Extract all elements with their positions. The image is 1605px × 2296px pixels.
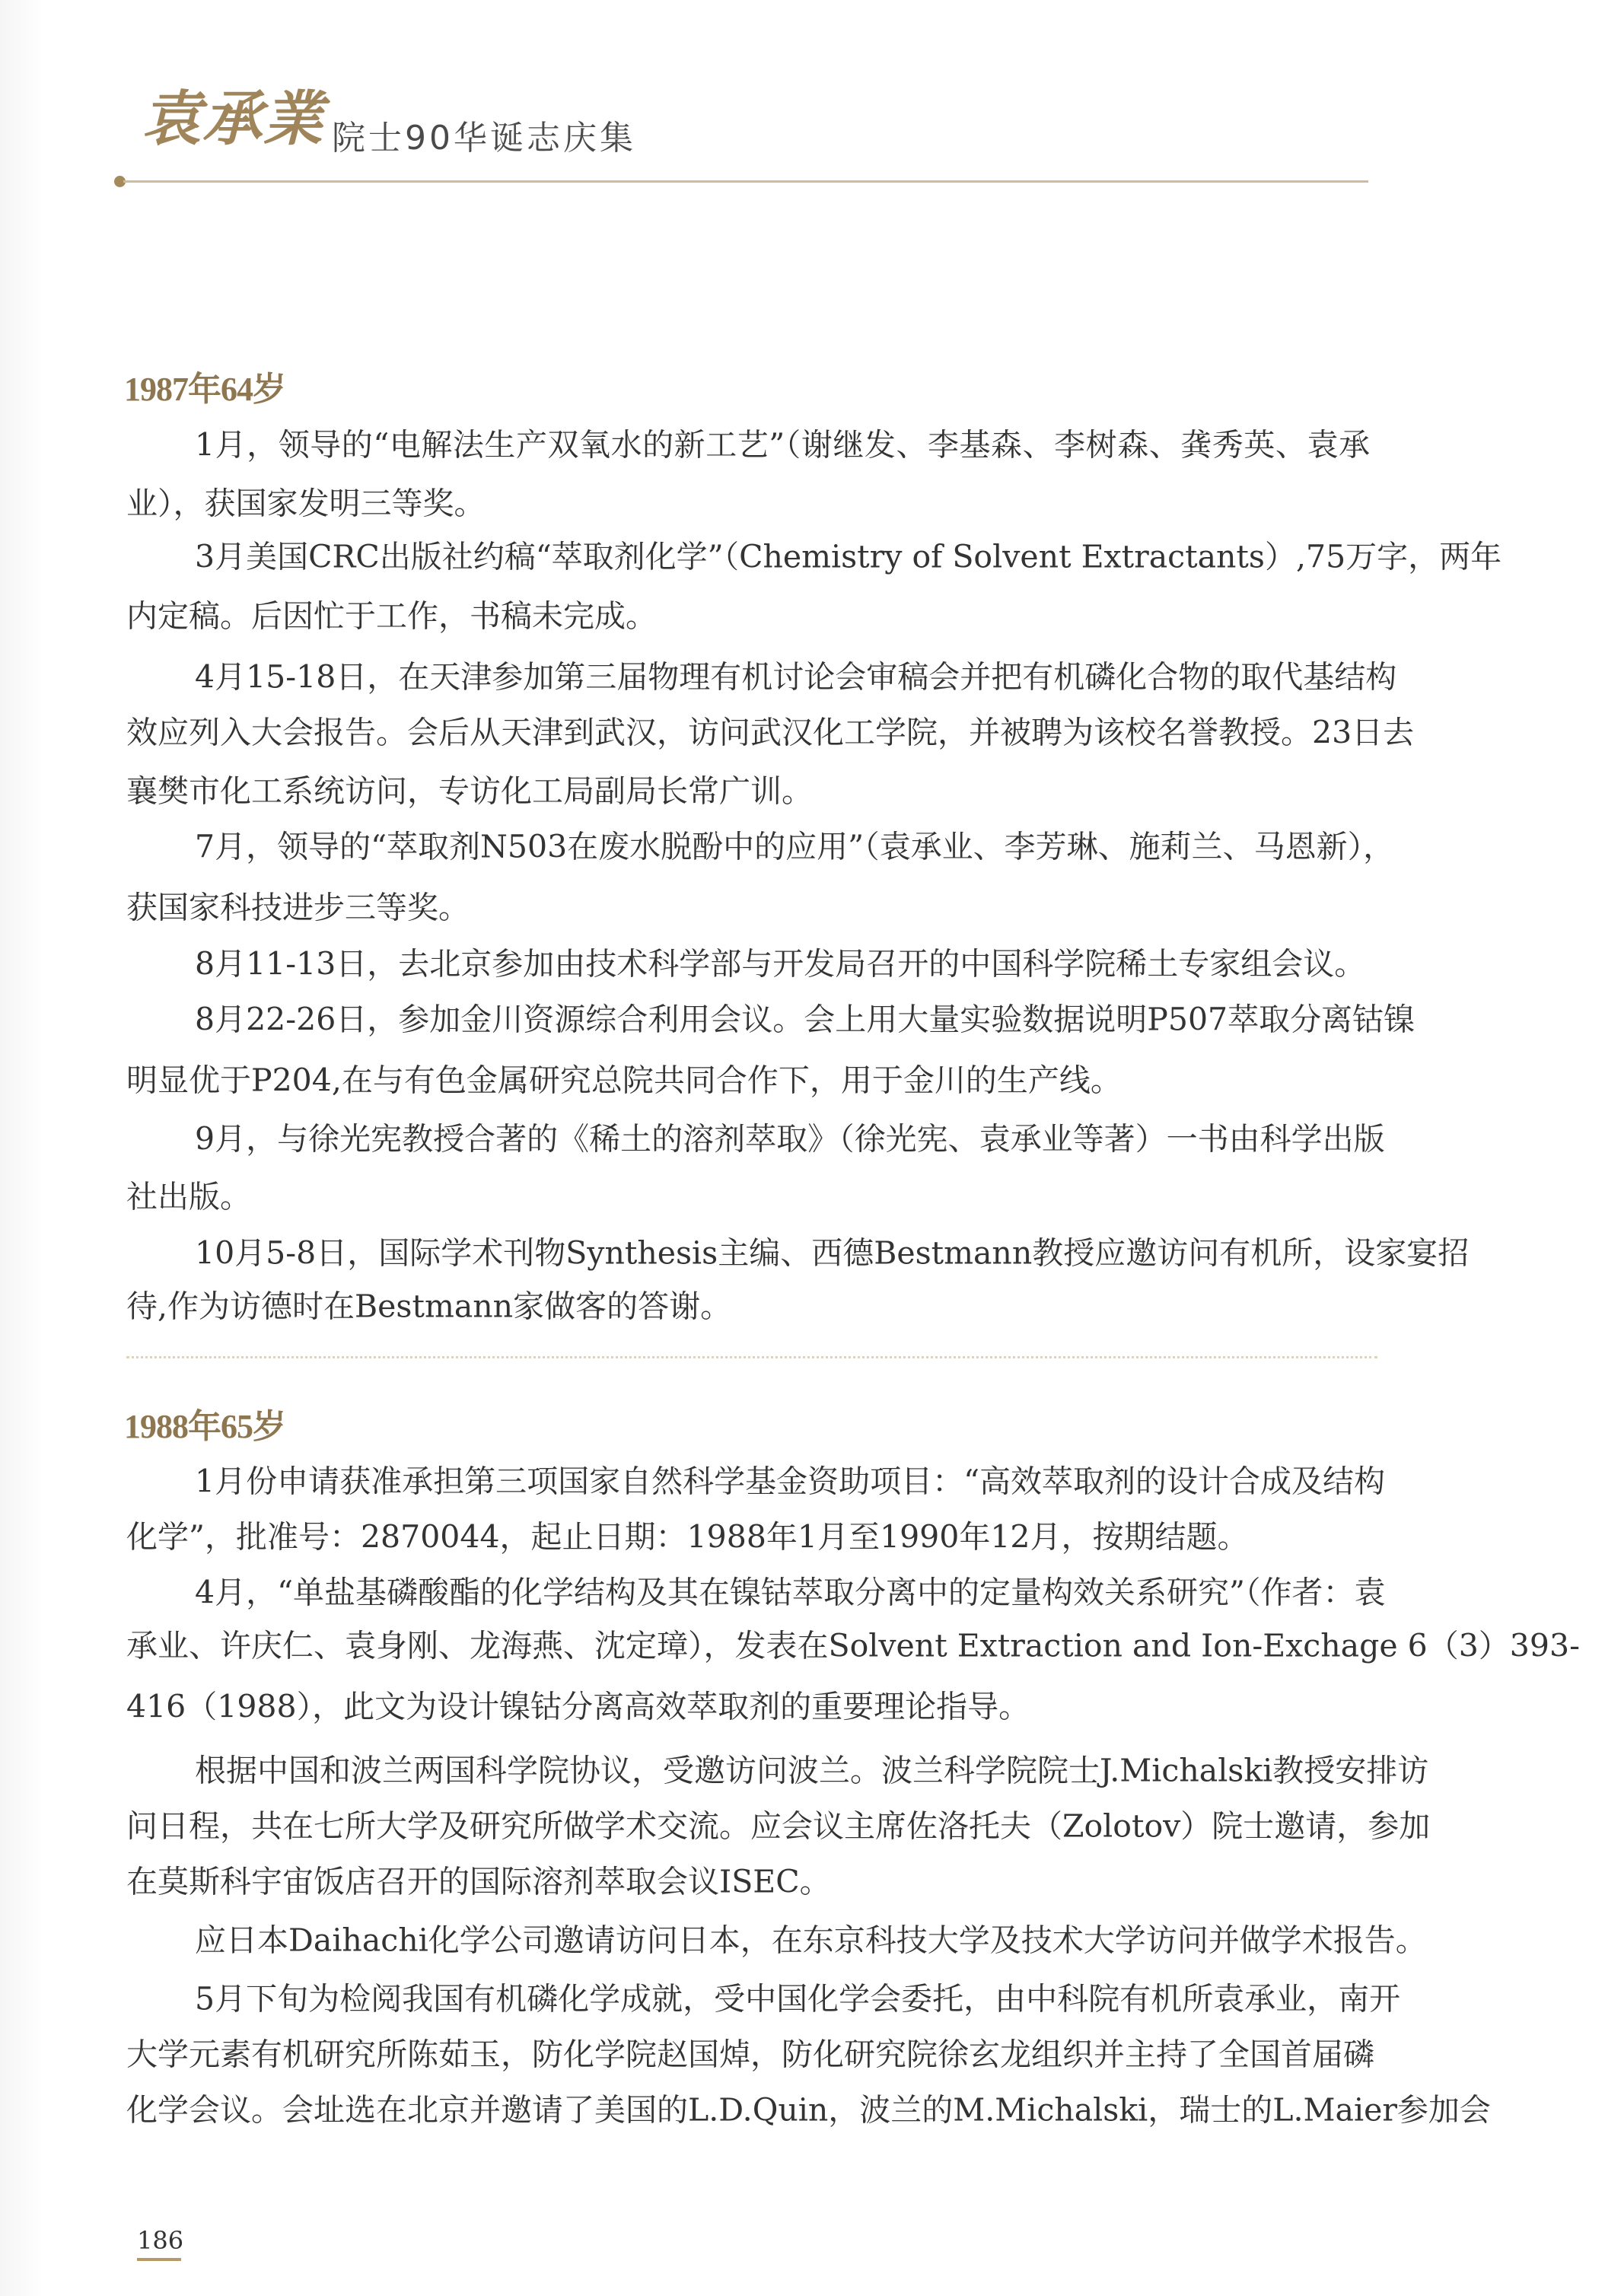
header-rule — [123, 180, 1368, 183]
paragraph-line: 内定稿。后因忙于工作，书稿未完成。 — [126, 601, 1370, 632]
paragraph-line: 4月，“单盐基磷酸酯的化学结构及其在镍钴萃取分离中的定量构效关系研究”（作者：袁 — [195, 1578, 1370, 1609]
paragraph-line: 3月美国CRC出版社约稿“萃取剂化学”（Chemistry of Solvent… — [195, 542, 1370, 573]
paragraph-line: 化学”，批准号：2870044，起止日期：1988年1月至1990年12月，按期… — [126, 1522, 1370, 1553]
paragraph-line: 8月11-13日，去北京参加由技术科学部与开发局召开的中国科学院稀土专家组会议。 — [195, 949, 1370, 980]
paragraph-line: 效应列入大会报告。会后从天津到武汉，访问武汉化工学院，并被聘为该校名誉教授。23… — [126, 718, 1370, 749]
paragraph-line: 根据中国和波兰两国科学院协议，受邀访问波兰。波兰科学院院士J.Michalski… — [195, 1756, 1370, 1787]
paragraph-line: 襄樊市化工系统访问，专访化工局副局长常广训。 — [126, 776, 1370, 807]
paragraph-line: 1月，领导的“电解法生产双氧水的新工艺”（谢继发、李基森、李树森、龚秀英、袁承 — [195, 430, 1370, 461]
page-number-underline — [137, 2258, 181, 2261]
paragraph-line: 明显优于P204,在与有色金属研究总院共同合作下，用于金川的生产线。 — [126, 1065, 1370, 1097]
paragraph-line: 416（1988），此文为设计镍钴分离高效萃取剂的重要理论指导。 — [126, 1692, 1370, 1723]
page-number: 186 — [137, 2228, 183, 2253]
paragraph-line: 问日程，共在七所大学及研究所做学术交流。应会议主席佐洛托夫（Zolotov）院士… — [126, 1811, 1370, 1842]
paragraph-line: 获国家科技进步三等奖。 — [126, 893, 1370, 924]
section-heading-1987: 1987年64岁 — [124, 373, 285, 406]
paragraph-line: 9月，与徐光宪教授合著的《稀土的溶剂萃取》（徐光宪、袁承业等著）一书由科学出版 — [195, 1124, 1370, 1155]
paragraph-line: 8月22-26日，参加金川资源综合利用会议。会上用大量实验数据说明P507萃取分… — [195, 1005, 1370, 1036]
header-subtitle: 院士90华诞志庆集 — [332, 122, 636, 155]
section-divider — [126, 1356, 1377, 1358]
paragraph-line: 大学元素有机研究所陈茹玉，防化学院赵国焯，防化研究院徐玄龙组织并主持了全国首届磷 — [126, 2040, 1370, 2071]
paragraph-line: 7月，领导的“萃取剂N503在废水脱酚中的应用”（袁承业、李芳琳、施莉兰、马恩新… — [195, 832, 1370, 863]
paragraph-line: 化学会议。会址选在北京并邀请了美国的L.D.Quin，波兰的M.Michalsk… — [126, 2095, 1370, 2126]
paragraph-line: 社出版。 — [126, 1182, 1370, 1213]
paragraph-line: 在莫斯科宇宙饭店召开的国际溶剂萃取会议ISEC。 — [126, 1867, 1370, 1898]
paragraph-line: 待,作为访德时在Bestmann家做客的答谢。 — [126, 1291, 1370, 1323]
page-edge-shadow — [0, 0, 46, 2296]
paragraph-line: 5月下旬为检阅我国有机磷化学成就，受中国化学会委托，由中科院有机所袁承业，南开 — [195, 1984, 1370, 2015]
section-heading-1988: 1988年65岁 — [124, 1410, 285, 1444]
header-brand-calligraphy: 袁承業 — [142, 90, 324, 149]
paragraph-line: 应日本Daihachi化学公司邀请访问日本，在东京科技大学及技术大学访问并做学术… — [195, 1925, 1370, 1957]
paragraph-line: 4月15-18日，在天津参加第三届物理有机讨论会审稿会并把有机磷化合物的取代基结… — [195, 662, 1370, 693]
paragraph-line: 承业、许庆仁、袁身刚、龙海燕、沈定璋），发表在Solvent Extractio… — [126, 1631, 1370, 1662]
paragraph-line: 业），获国家发明三等奖。 — [126, 489, 1370, 520]
paragraph-line: 10月5-8日，国际学术刊物Synthesis主编、西德Bestmann教授应邀… — [195, 1238, 1370, 1269]
paragraph-line: 1月份申请获准承担第三项国家自然科学基金资助项目：“高效萃取剂的设计合成及结构 — [195, 1466, 1370, 1498]
